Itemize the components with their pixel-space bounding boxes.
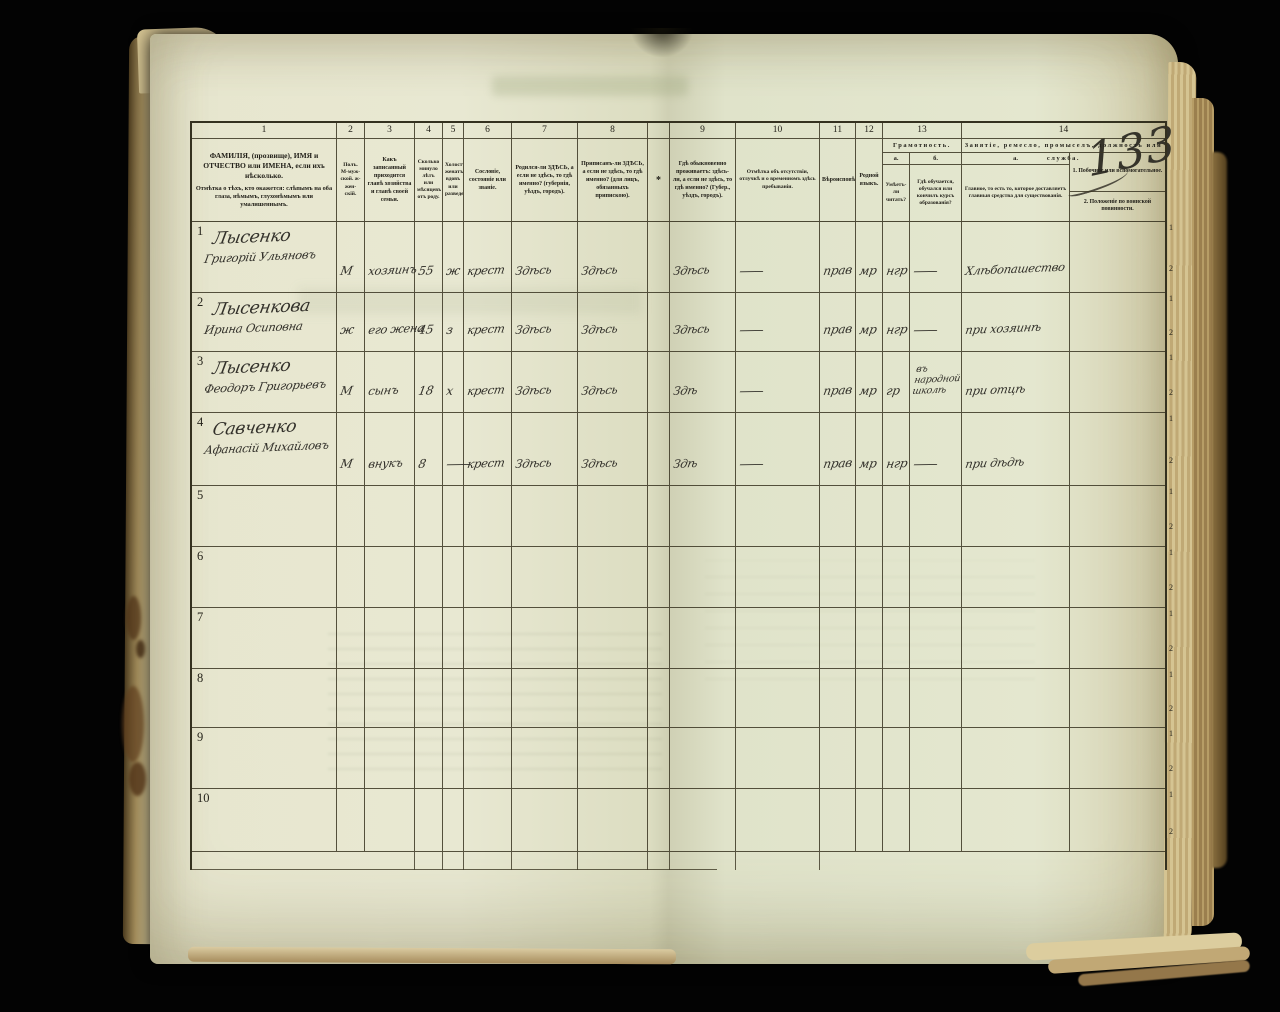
fold-strip bbox=[648, 608, 670, 668]
cell-relation bbox=[365, 728, 415, 788]
cell-absence bbox=[736, 486, 820, 546]
table-row: 3ЛысенкоФеодоръ ГригорьевъМсынъ18хкрестЗ… bbox=[192, 352, 1165, 413]
cell-language: мр bbox=[856, 413, 883, 485]
cell-birthplace: Здѣсь bbox=[512, 222, 578, 292]
cell-age bbox=[415, 608, 443, 668]
handwritten-entry: М bbox=[339, 263, 353, 278]
header-occupation-a-letter: а. bbox=[962, 153, 1069, 165]
cell-education: въ народной школѣ bbox=[910, 352, 962, 412]
cell-residence: Здѣсь bbox=[670, 222, 736, 292]
fore-edge-stack bbox=[1192, 98, 1214, 926]
cell-registration: Здѣсь bbox=[578, 352, 648, 412]
cell-education bbox=[910, 547, 962, 607]
cell-birthplace bbox=[512, 486, 578, 546]
paper-stain bbox=[122, 686, 144, 762]
table-row: 612 bbox=[192, 547, 1165, 608]
table-row: 1ЛысенкоГригорій УльяновъМхозяинъ55жкрес… bbox=[192, 222, 1165, 293]
cell-marital bbox=[443, 789, 464, 851]
book-photo: 133 1 2 3 4 5 6 7 8 9 10 11 12 13 14 ФАМ… bbox=[0, 0, 1280, 1012]
cell-occupation bbox=[962, 728, 1070, 788]
header-absence: Отмѣтка объ отсутствіи, отлучкѣ и о врем… bbox=[736, 139, 820, 221]
header-literacy-b-text: Гдѣ обучается, обучался или кончилъ курс… bbox=[910, 165, 961, 221]
cell-age: 8 bbox=[415, 413, 443, 485]
handwritten-entry: въ народной школѣ bbox=[911, 363, 965, 398]
handwritten-entry: — bbox=[911, 323, 939, 337]
cell-sex: М bbox=[337, 352, 365, 412]
handwritten-entry: крест bbox=[466, 321, 506, 337]
cell-age bbox=[415, 728, 443, 788]
cell-language bbox=[856, 547, 883, 607]
header-occupation-main: а. Главное, то есть то, которое доставля… bbox=[962, 153, 1070, 221]
handwritten-entry: крест bbox=[466, 262, 506, 278]
handwritten-entry: Здѣсь bbox=[580, 262, 618, 278]
handwritten-entry: М bbox=[339, 456, 353, 471]
handwritten-entry: нгр bbox=[885, 263, 908, 278]
partial-line bbox=[736, 852, 820, 870]
cell-marital: ж bbox=[443, 222, 464, 292]
side-cell-label: 1 bbox=[1169, 414, 1173, 423]
column-number: 10 bbox=[736, 123, 820, 138]
handwritten-entry: нгр bbox=[885, 456, 908, 471]
side-cell-label: 1 bbox=[1169, 294, 1173, 303]
cell-religion bbox=[820, 547, 856, 607]
side-cell-label: 2 bbox=[1169, 456, 1173, 465]
bottom-sheet-stack bbox=[188, 947, 676, 965]
header-language: Родной языкъ. bbox=[856, 139, 883, 221]
handwritten-entry: — bbox=[737, 323, 765, 337]
partial-line bbox=[1070, 852, 1165, 870]
column-number: 9 bbox=[670, 123, 736, 138]
cell-name: 5 bbox=[192, 486, 337, 546]
handwritten-entry: — bbox=[737, 457, 765, 471]
row-number: 3 bbox=[197, 354, 203, 369]
partial-line bbox=[512, 852, 578, 870]
fold-strip bbox=[648, 222, 670, 292]
cell-occupation-side: 12 bbox=[1070, 728, 1165, 788]
cell-residence bbox=[670, 669, 736, 727]
handwritten-entry: х bbox=[445, 384, 454, 398]
cell-estate bbox=[464, 669, 512, 727]
cell-religion bbox=[820, 728, 856, 788]
name-line-2: Афанасій Михайловъ bbox=[203, 437, 338, 457]
cell-relation: его жена bbox=[365, 293, 415, 351]
column-number: 12 bbox=[856, 123, 883, 138]
cell-birthplace: Здѣсь bbox=[512, 413, 578, 485]
cell-literacy: нгр bbox=[883, 293, 910, 351]
cell-occupation bbox=[962, 547, 1070, 607]
cell-education bbox=[910, 789, 962, 851]
cell-language: мр bbox=[856, 352, 883, 412]
row-number: 5 bbox=[197, 488, 203, 503]
handwritten-entry: Здѣсь bbox=[580, 455, 618, 471]
column-number: 13 bbox=[883, 123, 962, 138]
cell-religion bbox=[820, 669, 856, 727]
cell-occupation: при дѣдѣ bbox=[962, 413, 1070, 485]
census-form-table: 1 2 3 4 5 6 7 8 9 10 11 12 13 14 ФАМИЛІЯ… bbox=[190, 121, 1167, 870]
row-number: 4 bbox=[197, 415, 203, 430]
cell-age bbox=[415, 486, 443, 546]
cell-age bbox=[415, 669, 443, 727]
name-line-1: Лысенкова bbox=[211, 295, 339, 320]
handwritten-entry: Здѣсь bbox=[514, 321, 552, 337]
side-cell-label: 1 bbox=[1169, 790, 1173, 799]
cell-name: 8 bbox=[192, 669, 337, 727]
header-occupation: Занятіе, ремесло, промыселъ, должность и… bbox=[962, 139, 1165, 221]
side-cell-label: 2 bbox=[1169, 264, 1173, 273]
cell-religion: прав bbox=[820, 293, 856, 351]
header-surname-main: ФАМИЛІЯ, (прозвище), ИМЯ и ОТЧЕСТВО или … bbox=[194, 151, 334, 181]
header-occupation-a-text: Главное, то есть то, которое доставляетъ… bbox=[962, 165, 1069, 221]
cell-registration: Здѣсь bbox=[578, 413, 648, 485]
paper-stain bbox=[136, 640, 145, 658]
header-religion: Вѣроисповѣданіе. bbox=[820, 139, 856, 221]
cell-residence: Здѣ bbox=[670, 413, 736, 485]
row-number: 1 bbox=[197, 224, 203, 239]
fold-strip bbox=[648, 669, 670, 727]
cell-sex bbox=[337, 728, 365, 788]
handwritten-entry: крест bbox=[466, 382, 506, 398]
handwritten-entry: Здѣ bbox=[672, 456, 698, 471]
cell-age: 55 bbox=[415, 222, 443, 292]
cell-literacy bbox=[883, 669, 910, 727]
cell-residence: Здѣсь bbox=[670, 293, 736, 351]
cell-occupation-side: 12 bbox=[1070, 669, 1165, 727]
cell-birthplace bbox=[512, 547, 578, 607]
handwritten-entry: — bbox=[737, 384, 765, 398]
cell-language bbox=[856, 789, 883, 851]
cell-registration: Здѣсь bbox=[578, 222, 648, 292]
name-line-1: Лысенко bbox=[211, 224, 339, 249]
handwritten-entry: Здѣсь bbox=[672, 262, 710, 278]
cell-education bbox=[910, 486, 962, 546]
handwritten-entry: — bbox=[737, 264, 765, 278]
cell-estate: крест bbox=[464, 293, 512, 351]
header-literacy-title: Грамотность. bbox=[883, 139, 961, 153]
cell-marital bbox=[443, 669, 464, 727]
handwritten-entry: з bbox=[445, 323, 454, 337]
table-header-row: ФАМИЛІЯ, (прозвище), ИМЯ и ОТЧЕСТВО или … bbox=[192, 139, 1165, 222]
handwritten-entry: хозяинъ bbox=[367, 262, 418, 278]
cell-relation: сынъ bbox=[365, 352, 415, 412]
cell-birthplace bbox=[512, 669, 578, 727]
partial-line bbox=[962, 852, 1070, 870]
partial-line bbox=[365, 852, 415, 870]
handwritten-entry: Здѣсь bbox=[514, 262, 552, 278]
cell-absence bbox=[736, 547, 820, 607]
header-military-status: 2. Положеніе по воинской повинности. bbox=[1070, 192, 1165, 221]
side-cell-label: 1 bbox=[1169, 548, 1173, 557]
cell-absence bbox=[736, 728, 820, 788]
handwritten-entry: сынъ bbox=[367, 383, 399, 398]
handwritten-name: ЛысенковаИрина Осиповна bbox=[212, 300, 336, 337]
cell-occupation-side: 12 bbox=[1070, 608, 1165, 668]
cell-sex: М bbox=[337, 413, 365, 485]
handwritten-name: СавченкоАфанасій Михайловъ bbox=[212, 420, 336, 457]
side-cell-label: 2 bbox=[1169, 388, 1173, 397]
cell-name: 1ЛысенкоГригорій Ульяновъ bbox=[192, 222, 337, 292]
fold-strip bbox=[648, 352, 670, 412]
cell-occupation-side: 12 bbox=[1070, 413, 1165, 485]
cell-marital: — bbox=[443, 413, 464, 485]
cell-literacy: гр bbox=[883, 352, 910, 412]
cell-education: — bbox=[910, 222, 962, 292]
cell-estate: крест bbox=[464, 413, 512, 485]
cell-name: 4СавченкоАфанасій Михайловъ bbox=[192, 413, 337, 485]
cell-sex: ж bbox=[337, 293, 365, 351]
cell-age: 18 bbox=[415, 352, 443, 412]
cell-estate bbox=[464, 728, 512, 788]
handwritten-entry: прав bbox=[822, 383, 853, 398]
cell-residence bbox=[670, 608, 736, 668]
handwritten-entry: — bbox=[911, 457, 939, 471]
name-line-2: Феодоръ Григорьевъ bbox=[203, 376, 338, 396]
column-number: 7 bbox=[512, 123, 578, 138]
table-row: 712 bbox=[192, 608, 1165, 669]
handwritten-entry: Здѣсь bbox=[672, 321, 710, 337]
cell-education: — bbox=[910, 293, 962, 351]
cell-occupation-side: 12 bbox=[1070, 486, 1165, 546]
handwritten-entry: крест bbox=[466, 455, 506, 471]
cell-registration: Здѣсь bbox=[578, 293, 648, 351]
column-number-strip: 1 2 3 4 5 6 7 8 9 10 11 12 13 14 bbox=[192, 123, 1165, 139]
cell-name: 7 bbox=[192, 608, 337, 668]
fold-strip bbox=[648, 728, 670, 788]
header-relation: Какъ записанный приходится главѣ хозяйст… bbox=[365, 139, 415, 221]
cell-absence: — bbox=[736, 222, 820, 292]
cell-absence: — bbox=[736, 352, 820, 412]
cell-name: 3ЛысенкоФеодоръ Григорьевъ bbox=[192, 352, 337, 412]
cell-birthplace bbox=[512, 728, 578, 788]
cell-estate bbox=[464, 608, 512, 668]
cell-estate bbox=[464, 486, 512, 546]
cell-language: мр bbox=[856, 293, 883, 351]
header-sex: Полъ. М-муж-ской. ж-жен-скій. bbox=[337, 139, 365, 221]
table-bottom-partial-lines bbox=[192, 852, 1165, 870]
cell-residence: Здѣ bbox=[670, 352, 736, 412]
handwritten-entry: Хлѣбопашество bbox=[964, 260, 1066, 278]
cell-education: — bbox=[910, 413, 962, 485]
cell-registration bbox=[578, 728, 648, 788]
cell-occupation bbox=[962, 789, 1070, 851]
cell-sex bbox=[337, 669, 365, 727]
fold-strip bbox=[648, 123, 670, 138]
handwritten-entry: внукъ bbox=[367, 456, 404, 471]
handwritten-entry: — bbox=[911, 264, 939, 278]
cell-residence bbox=[670, 789, 736, 851]
column-number: 6 bbox=[464, 123, 512, 138]
column-number: 4 bbox=[415, 123, 443, 138]
cell-relation: внукъ bbox=[365, 413, 415, 485]
partial-line bbox=[648, 852, 670, 870]
handwritten-entry: прав bbox=[822, 263, 853, 278]
handwritten-entry: прав bbox=[822, 322, 853, 337]
side-cell-label: 1 bbox=[1169, 353, 1173, 362]
column-number: 5 bbox=[443, 123, 464, 138]
header-literacy-a: а. Умѣетъ-ли читать? bbox=[883, 153, 910, 221]
cell-literacy: нгр bbox=[883, 413, 910, 485]
cell-occupation: при хозяинѣ bbox=[962, 293, 1070, 351]
handwritten-entry: мр bbox=[858, 456, 878, 471]
cell-name: 9 bbox=[192, 728, 337, 788]
cell-marital bbox=[443, 547, 464, 607]
cell-occupation-side: 12 bbox=[1070, 789, 1165, 851]
cell-residence bbox=[670, 486, 736, 546]
table-body: 1ЛысенкоГригорій УльяновъМхозяинъ55жкрес… bbox=[192, 222, 1165, 852]
handwritten-entry: мр bbox=[858, 383, 878, 398]
header-age: Сколько минуло лѣтъ или мѣсяцевъ отъ род… bbox=[415, 139, 443, 221]
cell-sex bbox=[337, 547, 365, 607]
cell-language: мр bbox=[856, 222, 883, 292]
header-literacy-a-text: Умѣетъ-ли читать? bbox=[883, 165, 909, 221]
column-number: 14 bbox=[962, 123, 1165, 138]
handwritten-entry: нгр bbox=[885, 322, 908, 337]
cell-marital: з bbox=[443, 293, 464, 351]
handwritten-entry: Здѣсь bbox=[580, 382, 618, 398]
cell-occupation-side: 12 bbox=[1070, 222, 1165, 292]
fore-edge-stack bbox=[1212, 152, 1227, 868]
row-number: 7 bbox=[197, 610, 203, 625]
header-literacy: Грамотность. а. Умѣетъ-ли читать? б. Гдѣ… bbox=[883, 139, 962, 221]
cell-occupation: Хлѣбопашество bbox=[962, 222, 1070, 292]
side-cell-label: 2 bbox=[1169, 827, 1173, 836]
cell-registration bbox=[578, 608, 648, 668]
fold-asterisk: * bbox=[648, 139, 670, 221]
cell-relation bbox=[365, 789, 415, 851]
partial-line bbox=[443, 852, 464, 870]
cell-residence bbox=[670, 547, 736, 607]
cell-relation bbox=[365, 486, 415, 546]
row-number: 2 bbox=[197, 295, 203, 310]
handwritten-entry: М bbox=[339, 383, 353, 398]
cell-language bbox=[856, 728, 883, 788]
cell-language bbox=[856, 608, 883, 668]
cell-name: 6 bbox=[192, 547, 337, 607]
header-marital: Холостъ, женатъ, вдовъ или разведенъ. bbox=[443, 139, 464, 221]
partial-line bbox=[820, 852, 856, 870]
fold-strip bbox=[648, 789, 670, 851]
cell-education bbox=[910, 669, 962, 727]
side-cell-label: 1 bbox=[1169, 487, 1173, 496]
cell-sex: М bbox=[337, 222, 365, 292]
table-row: 2ЛысенковаИрина Осиповнажего жена45зкрес… bbox=[192, 293, 1165, 352]
handwritten-entry: Здѣсь bbox=[580, 321, 618, 337]
cell-religion bbox=[820, 789, 856, 851]
handwritten-entry: Здѣ bbox=[672, 383, 698, 398]
row-number: 9 bbox=[197, 730, 203, 745]
side-cell-label: 2 bbox=[1169, 704, 1173, 713]
header-residence: Гдѣ обыкновенно проживаетъ: здѣсь-ли, а … bbox=[670, 139, 736, 221]
cell-occupation: при отцѣ bbox=[962, 352, 1070, 412]
cell-occupation-side: 12 bbox=[1070, 352, 1165, 412]
side-cell-label: 1 bbox=[1169, 670, 1173, 679]
table-row: 4СавченкоАфанасій МихайловъМвнукъ8—крест… bbox=[192, 413, 1165, 486]
side-cell-label: 1 bbox=[1169, 223, 1173, 232]
side-cell-label: 2 bbox=[1169, 583, 1173, 592]
column-number: 11 bbox=[820, 123, 856, 138]
handwritten-entry: Здѣсь bbox=[514, 455, 552, 471]
header-literacy-b-letter: б. bbox=[910, 153, 961, 165]
cell-religion: прав bbox=[820, 413, 856, 485]
partial-line bbox=[578, 852, 648, 870]
partial-line bbox=[192, 852, 337, 870]
cell-registration bbox=[578, 547, 648, 607]
handwritten-name: ЛысенкоГригорій Ульяновъ bbox=[212, 229, 336, 266]
cell-sex bbox=[337, 608, 365, 668]
cell-occupation bbox=[962, 669, 1070, 727]
handwritten-name: ЛысенкоФеодоръ Григорьевъ bbox=[212, 359, 336, 396]
handwritten-entry: прав bbox=[822, 456, 853, 471]
column-number: 1 bbox=[192, 123, 337, 138]
table-row: 812 bbox=[192, 669, 1165, 728]
handwritten-entry: при хозяинѣ bbox=[964, 320, 1042, 337]
side-cell-label: 2 bbox=[1169, 764, 1173, 773]
cell-birthplace bbox=[512, 608, 578, 668]
cell-religion bbox=[820, 608, 856, 668]
cell-literacy bbox=[883, 547, 910, 607]
cell-sex bbox=[337, 486, 365, 546]
fold-strip bbox=[648, 293, 670, 351]
cell-occupation bbox=[962, 608, 1070, 668]
cell-marital: х bbox=[443, 352, 464, 412]
header-occupation-title: Занятіе, ремесло, промыселъ, должность и… bbox=[962, 139, 1165, 153]
handwritten-entry: ж bbox=[445, 263, 461, 278]
cell-registration bbox=[578, 669, 648, 727]
header-surname-note: Отмѣтка о тѣхъ, кто окажется: слѣпымъ на… bbox=[194, 185, 334, 210]
name-line-2: Ирина Осиповна bbox=[203, 317, 338, 337]
cell-literacy: нгр bbox=[883, 222, 910, 292]
side-cell-label: 2 bbox=[1169, 522, 1173, 531]
cell-literacy bbox=[883, 486, 910, 546]
cell-absence: — bbox=[736, 293, 820, 351]
name-line-1: Лысенко bbox=[211, 354, 339, 379]
side-cell-label: 1 bbox=[1169, 609, 1173, 618]
cell-language bbox=[856, 669, 883, 727]
cell-occupation-side: 12 bbox=[1070, 547, 1165, 607]
fold-strip bbox=[648, 413, 670, 485]
cell-estate: крест bbox=[464, 222, 512, 292]
cell-literacy bbox=[883, 789, 910, 851]
partial-line bbox=[883, 852, 910, 870]
partial-line bbox=[337, 852, 365, 870]
cell-occupation bbox=[962, 486, 1070, 546]
cell-religion: прав bbox=[820, 352, 856, 412]
cell-age bbox=[415, 789, 443, 851]
name-line-1: Савченко bbox=[211, 415, 339, 440]
name-line-2: Григорій Ульяновъ bbox=[203, 246, 338, 266]
cell-marital bbox=[443, 486, 464, 546]
handwritten-entry: мр bbox=[858, 263, 878, 278]
cell-literacy bbox=[883, 728, 910, 788]
handwritten-entry: при отцѣ bbox=[964, 381, 1026, 398]
header-literacy-a-letter: а. bbox=[883, 153, 909, 165]
header-occupation-secondary: 1. Побочное или вспомогательное. bbox=[1070, 153, 1165, 192]
header-birthplace: Родился-ли ЗДѢСЬ, а если не здѣсь, то гд… bbox=[512, 139, 578, 221]
cell-absence bbox=[736, 669, 820, 727]
column-number: 8 bbox=[578, 123, 648, 138]
fold-strip bbox=[648, 486, 670, 546]
cell-sex bbox=[337, 789, 365, 851]
partial-line bbox=[464, 852, 512, 870]
cell-education bbox=[910, 728, 962, 788]
column-number: 2 bbox=[337, 123, 365, 138]
partial-line bbox=[670, 852, 736, 870]
handwritten-entry: мр bbox=[858, 322, 878, 337]
row-number: 10 bbox=[197, 791, 210, 806]
handwritten-entry: гр bbox=[885, 383, 901, 398]
header-estate: Сословіе, состояніе или званіе. bbox=[464, 139, 512, 221]
cell-registration bbox=[578, 486, 648, 546]
cell-birthplace: Здѣсь bbox=[512, 293, 578, 351]
